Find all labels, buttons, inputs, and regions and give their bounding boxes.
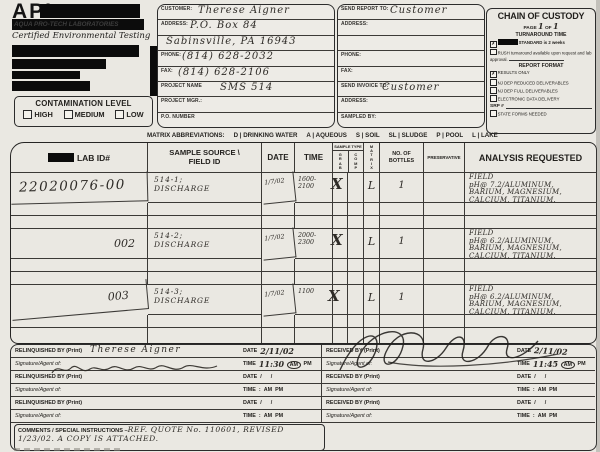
- empty-cell: [424, 216, 465, 229]
- sample-type-x-mark: X: [328, 287, 340, 305]
- cell-preservative: [424, 229, 465, 259]
- cell-bottles: 1: [380, 173, 424, 203]
- am-label: AM: [538, 387, 546, 393]
- cell-field-id: 514-1; DISCHARGE: [148, 173, 262, 203]
- header-preservative: PRESERVATIVE: [424, 143, 465, 173]
- time-value-handwritten: 11:30: [259, 359, 284, 369]
- relinquished-row: RELINQUISHED BY (Print) Therese Aigner D…: [11, 345, 321, 358]
- checkbox-nj-full: [490, 87, 497, 94]
- empty-cell: [424, 203, 465, 216]
- empty-cell: [262, 328, 295, 343]
- pm-label: PM: [275, 413, 283, 419]
- matrix-abbrev-item: L | LAKE: [472, 132, 498, 139]
- signature-agent-label: Signature/Agent of:: [11, 358, 61, 367]
- field-row-send-report: SEND REPORT TO: Customer: [338, 5, 484, 20]
- checkbox-standard: ✗: [490, 41, 497, 48]
- cell-date: 1/7/02: [261, 227, 297, 260]
- empty-cell: [465, 328, 596, 343]
- srp-label: SRP #: [490, 104, 504, 109]
- signature-agent-label: Signature/Agent of:: [11, 410, 61, 419]
- time-label: TIME: [517, 361, 530, 367]
- field-label: ADDRESS:: [341, 98, 368, 104]
- matrix-abbrev-item: A | AQUEOUS: [306, 132, 346, 139]
- received-row: RECEIVED BY (Print) DATE/ /: [322, 371, 595, 384]
- form-title: CHAIN OF CUSTODY: [490, 11, 592, 21]
- date-value-handwritten: 2/11/02: [534, 345, 568, 357]
- field-label: PHONE:: [161, 52, 181, 58]
- cell-comp: [348, 229, 364, 259]
- empty-cell: [11, 203, 148, 216]
- received-by-label: RECEIVED BY (Print): [322, 345, 380, 354]
- chain-of-custody-form: APL AQUA PRO-TECH LABORATORIES Certified…: [0, 0, 600, 452]
- contamination-title: CONTAMINATION LEVEL: [15, 99, 152, 108]
- signature-agent-label: Signature/Agent of:: [322, 410, 372, 419]
- page-number-handwritten: 1: [538, 21, 544, 31]
- empty-cell: [295, 259, 333, 272]
- field-row-phone: PHONE:: [338, 51, 484, 66]
- empty-cell: [262, 203, 295, 216]
- empty-cell: [465, 315, 596, 328]
- field-row-address: ADDRESS:: [338, 97, 484, 112]
- empty-cell: [148, 272, 262, 285]
- date-blank: / /: [260, 374, 272, 380]
- redaction-bar: [12, 81, 90, 91]
- contamination-option-medium: MEDIUM: [64, 110, 105, 119]
- cell-matrix: L: [364, 285, 380, 315]
- received-row: RECEIVED BY (Print) DATE2/11/02: [322, 345, 595, 358]
- signature-agent-label: Signature/Agent of:: [322, 384, 372, 393]
- cell-date: 1/7/02: [261, 283, 297, 316]
- field-row-address: ADDRESS:: [338, 20, 484, 35]
- option-label: ELECTRONIC DATA DELIVERY: [498, 97, 560, 102]
- am-label: AM: [264, 413, 272, 419]
- field-label: FAX:: [341, 68, 353, 74]
- cell-preservative: [424, 173, 465, 203]
- report-format-title: REPORT FORMAT: [490, 63, 592, 69]
- redaction-bar: [498, 39, 518, 45]
- field-row-customer: CUSTOMER: Therese Aigner: [158, 5, 334, 20]
- date-blank: / /: [534, 400, 546, 406]
- option-label: NJ DEP REDUCED DELIVERABLES: [498, 81, 569, 86]
- time-label: TIME: [243, 361, 256, 367]
- signature-row: Signature/Agent of: TIME11:30AMPM: [11, 358, 321, 371]
- field-row-phone: PHONE: (814) 628-2032: [158, 51, 334, 66]
- date-label: DATE: [517, 348, 531, 354]
- contamination-option-low: LOW: [115, 110, 143, 119]
- header-analysis: ANALYSIS REQUESTED: [465, 143, 596, 173]
- time-blank: :: [259, 413, 261, 419]
- empty-cell: [348, 315, 364, 328]
- date-label: DATE: [517, 400, 531, 406]
- chain-of-custody-box: CHAIN OF CUSTODY PAGE 1 OF 1 TURNAROUND …: [486, 8, 596, 134]
- field-value-handwritten: (814) 628-2106: [178, 67, 270, 78]
- empty-cell: [465, 259, 596, 272]
- empty-cell: [348, 216, 364, 229]
- received-by-label: RECEIVED BY (Print): [322, 397, 380, 406]
- relinquished-by-label: RELINQUISHED BY (Print): [11, 397, 82, 406]
- field-row-project-mgr: PROJECT MGR.:: [158, 97, 334, 112]
- cell-time: 2000- 2300: [295, 229, 333, 259]
- header-time: TIME: [295, 143, 333, 173]
- lab-tagline: Certified Environmental Testing: [12, 31, 150, 41]
- signature-row: Signature/Agent of: TIME11:45AMPM: [322, 358, 595, 371]
- empty-cell: [380, 328, 424, 343]
- time-label: TIME: [243, 413, 256, 419]
- field-row-address: ADDRESS: P.O. Box 84: [158, 20, 334, 35]
- empty-cell: [424, 259, 465, 272]
- received-column: RECEIVED BY (Print) DATE2/11/02 Signatur…: [321, 345, 595, 423]
- cell-field-id: 514-2; DISCHARGE: [148, 229, 262, 259]
- redaction-bar: [12, 45, 139, 57]
- pm-label: PM: [304, 361, 312, 367]
- matrix-abbrev-label: MATRIX ABBREVIATIONS:: [147, 132, 225, 139]
- field-row-blank: [338, 36, 484, 51]
- cell-preservative: [424, 285, 465, 315]
- time-blank: :: [259, 387, 261, 393]
- empty-cell: [380, 259, 424, 272]
- header-matrix: M A T R I X: [364, 143, 380, 173]
- sample-type-x-mark: X: [331, 175, 343, 193]
- field-label: SEND REPORT TO:: [341, 6, 389, 12]
- relinquished-row: RELINQUISHED BY (Print) DATE/ /: [11, 371, 321, 384]
- signature-row: Signature/Agent of: TIME:AMPM: [322, 384, 595, 397]
- empty-cell: [148, 216, 262, 229]
- contamination-label: MEDIUM: [75, 110, 105, 119]
- pm-label: PM: [549, 413, 557, 419]
- time-label: TIME: [243, 387, 256, 393]
- report-option-results-only: ✗RESULTS ONLY: [490, 70, 592, 78]
- field-label: ADDRESS:: [341, 21, 368, 27]
- contamination-label: LOW: [126, 110, 143, 119]
- empty-cell: [11, 315, 148, 328]
- signature-row: Signature/Agent of: TIME:AMPM: [11, 410, 321, 423]
- empty-cell: [465, 272, 596, 285]
- option-label: STATE FORMS NEEDED: [498, 112, 547, 117]
- empty-cell: [295, 203, 333, 216]
- empty-cell: [11, 216, 148, 229]
- scan-edge-shade: [596, 0, 600, 452]
- empty-cell: [295, 328, 333, 343]
- field-row-fax: FAX: (814) 628-2106: [158, 67, 334, 82]
- contamination-option-high: HIGH: [23, 110, 52, 119]
- date-label: DATE: [243, 348, 257, 354]
- checkbox-state-forms: [490, 110, 497, 117]
- checkbox-results-only: ✗: [490, 71, 497, 78]
- page-indicator: PAGE 1 OF 1: [490, 21, 592, 31]
- turnaround-rush-option: RUSH turnaround available upon request a…: [490, 49, 592, 63]
- header-comp: C O M P: [349, 151, 364, 172]
- relinquisher-name-handwritten: Therese Aigner: [90, 345, 181, 355]
- turnaround-standard-option: ✗STANDARD is 2 weeks: [490, 39, 592, 48]
- header-sample-source: SAMPLE SOURCE \ FIELD ID: [148, 143, 262, 173]
- empty-cell: [333, 216, 348, 229]
- field-label: CUSTOMER:: [161, 6, 192, 12]
- of-label: OF: [545, 26, 552, 31]
- matrix-abbrev-item: S | SOIL: [356, 132, 380, 139]
- empty-cell: [465, 216, 596, 229]
- empty-cell: [333, 328, 348, 343]
- cell-date: 1/7/02: [261, 171, 297, 204]
- field-value-handwritten: P.O. Box 84: [190, 20, 258, 31]
- relinquished-row: RELINQUISHED BY (Print) DATE/ /: [11, 397, 321, 410]
- field-row-send-invoice: SEND INVOICE TO: Customer: [338, 82, 484, 97]
- signature-row: Signature/Agent of: TIME:AMPM: [11, 384, 321, 397]
- cell-comp: [348, 173, 364, 203]
- redaction-bar: [48, 153, 74, 162]
- date-blank: / /: [534, 374, 546, 380]
- date-label: DATE: [517, 374, 531, 380]
- empty-cell: [364, 315, 380, 328]
- blank-line: [509, 56, 564, 61]
- received-by-label: RECEIVED BY (Print): [322, 371, 380, 380]
- time-label: TIME: [517, 413, 530, 419]
- empty-cell: [295, 216, 333, 229]
- checkbox-electronic: [490, 95, 497, 102]
- report-option-nj-reduced: NJ DEP REDUCED DELIVERABLES: [490, 79, 592, 86]
- relinquished-column: RELINQUISHED BY (Print) Therese Aigner D…: [11, 345, 321, 423]
- cell-lab-id: 22020076-00: [11, 171, 149, 205]
- cell-bottles: 1: [380, 229, 424, 259]
- contamination-label: HIGH: [34, 110, 52, 119]
- sample-type-label: SAMPLE TYPE: [333, 143, 363, 151]
- field-label: P.O. NUMBER: [161, 114, 195, 120]
- empty-cell: [465, 203, 596, 216]
- header-label: LAB ID#: [77, 153, 110, 163]
- option-label: STANDARD is 2 weeks: [519, 40, 565, 45]
- matrix-abbrev-item: SL | SLUDGE: [389, 132, 428, 139]
- empty-cell: [424, 328, 465, 343]
- field-row-sampled-by: SAMPLED BY:: [338, 113, 484, 127]
- header-bottles: NO. OF BOTTLES: [380, 143, 424, 173]
- empty-cell: [364, 328, 380, 343]
- empty-cell: [424, 272, 465, 285]
- empty-cell: [148, 315, 262, 328]
- lab-org-name: AQUA PRO-TECH LABORATORIES: [12, 19, 144, 30]
- empty-cell: [333, 272, 348, 285]
- matrix-abbrev-item: D | DRINKING WATER: [234, 132, 298, 139]
- empty-cell: [364, 203, 380, 216]
- cell-lab-id: 002: [11, 229, 148, 259]
- cell-analysis: FIELD pH@ 6.2/ALUMINUM, BARIUM, MAGNESIU…: [465, 285, 596, 315]
- empty-cell: [295, 272, 333, 285]
- empty-cell: [11, 259, 148, 272]
- state-forms-option: STATE FORMS NEEDED: [490, 110, 592, 117]
- empty-cell: [364, 259, 380, 272]
- empty-cell: [380, 203, 424, 216]
- empty-cell: [333, 259, 348, 272]
- checkbox-medium: [64, 110, 73, 119]
- pm-label: PM: [549, 387, 557, 393]
- relinquished-by-label: RELINQUISHED BY (Print): [11, 345, 82, 354]
- time-label: TIME: [517, 387, 530, 393]
- field-value-handwritten: Customer: [390, 5, 447, 16]
- empty-cell: [380, 216, 424, 229]
- cutoff-smudge: [14, 448, 124, 451]
- relinquished-by-label: RELINQUISHED BY (Print): [11, 371, 82, 380]
- empty-cell: [424, 315, 465, 328]
- empty-cell: [262, 315, 295, 328]
- empty-cell: [148, 259, 262, 272]
- checkbox-nj-reduced: [490, 79, 497, 86]
- comments-box: COMMENTS / SPECIAL INSTRUCTIONS – REF. Q…: [14, 424, 325, 451]
- cell-analysis: FIELD pH@ 7.2/ALUMINUM, BARIUM, MAGNESIU…: [465, 173, 596, 203]
- header-grab: G R A B: [333, 151, 349, 172]
- am-label: AM: [264, 387, 272, 393]
- empty-cell: [348, 259, 364, 272]
- field-row-project-name: PROJECT NAME SMS 514: [158, 82, 334, 97]
- am-label: AM: [538, 413, 546, 419]
- field-value-handwritten: Customer: [382, 82, 439, 93]
- field-value-handwritten: SMS 514: [220, 82, 273, 93]
- redaction-bar: [40, 4, 140, 18]
- field-row-fax: FAX:: [338, 67, 484, 82]
- report-option-nj-full: NJ DEP FULL DELIVERABLES: [490, 87, 592, 94]
- empty-cell: [348, 328, 364, 343]
- page-total-handwritten: 1: [553, 21, 559, 31]
- field-label: SAMPLED BY:: [341, 114, 376, 120]
- sample-type-x-mark: X: [331, 231, 343, 249]
- cell-comp: [348, 285, 364, 315]
- sample-table: LAB ID# SAMPLE SOURCE \ FIELD ID DATE TI…: [10, 142, 597, 344]
- signature-agent-label: Signature/Agent of:: [322, 358, 372, 367]
- field-label: FAX:: [161, 68, 173, 74]
- empty-cell: [380, 315, 424, 328]
- empty-cell: [333, 203, 348, 216]
- date-value-handwritten: 2/11/02: [260, 346, 294, 356]
- header-lab-id: LAB ID#: [11, 143, 148, 173]
- empty-cell: [380, 272, 424, 285]
- report-option-electronic: ELECTRONIC DATA DELIVERY: [490, 95, 592, 102]
- empty-cell: [148, 328, 262, 343]
- cell-field-id: 514-3; DISCHARGE: [148, 285, 262, 315]
- matrix-abbreviations: MATRIX ABBREVIATIONS: D | DRINKING WATER…: [147, 132, 597, 139]
- checkbox-low: [115, 110, 124, 119]
- pm-label: PM: [275, 387, 283, 393]
- date-blank: / /: [260, 400, 272, 406]
- header-sample-type: SAMPLE TYPE G R A B C O M P: [333, 143, 364, 173]
- option-label: NJ DEP FULL DELIVERABLES: [498, 89, 558, 94]
- empty-cell: [348, 272, 364, 285]
- empty-cell: [262, 259, 295, 272]
- send-to-box: SEND REPORT TO: Customer ADDRESS: PHONE:…: [337, 4, 485, 128]
- signature-section: RELINQUISHED BY (Print) Therese Aigner D…: [10, 344, 597, 451]
- signature-agent-label: Signature/Agent of:: [11, 384, 61, 393]
- field-label: PROJECT NAME: [161, 83, 202, 89]
- cell-analysis: FIELD pH@ 6.2/ALUMINUM, BARIUM, MAGNESIU…: [465, 229, 596, 259]
- field-label: PHONE:: [341, 52, 361, 58]
- empty-cell: [295, 315, 333, 328]
- field-value-handwritten: (814) 628-2032: [182, 51, 274, 62]
- blank-line: [506, 103, 592, 109]
- am-label: AM: [287, 361, 300, 369]
- srp-number-line: SRP #: [490, 103, 592, 109]
- matrix-abbrev-item: P | POOL: [436, 132, 463, 139]
- checkbox-rush: [490, 49, 497, 56]
- empty-cell: [148, 203, 262, 216]
- empty-cell: [11, 328, 148, 343]
- field-label: PROJECT MGR.:: [161, 98, 202, 104]
- field-value-handwritten: Therese Aigner: [198, 5, 290, 16]
- checkbox-high: [23, 110, 32, 119]
- page-label: PAGE: [523, 26, 536, 31]
- cell-matrix: L: [364, 229, 380, 259]
- time-blank: :: [533, 387, 535, 393]
- header-date: DATE: [262, 143, 295, 173]
- pm-label: PM: [578, 361, 586, 367]
- empty-cell: [364, 216, 380, 229]
- received-row: RECEIVED BY (Print) DATE/ /: [322, 397, 595, 410]
- am-label: AM: [561, 361, 574, 369]
- empty-cell: [348, 203, 364, 216]
- redaction-bar: [12, 59, 106, 69]
- option-label: RESULTS ONLY: [498, 70, 530, 75]
- field-row-po-number: P.O. NUMBER: [158, 113, 334, 127]
- cell-matrix: L: [364, 173, 380, 203]
- time-blank: :: [533, 413, 535, 419]
- redaction-bar: [12, 71, 80, 79]
- date-label: DATE: [243, 374, 257, 380]
- cell-bottles: 1: [380, 285, 424, 315]
- contamination-level-box: CONTAMINATION LEVEL HIGH MEDIUM LOW: [14, 96, 153, 127]
- field-row-address2: Sabinsville, PA 16943: [158, 36, 334, 51]
- signature-row: Signature/Agent of: TIME:AMPM: [322, 410, 595, 423]
- cell-time: 1600- 2100: [295, 173, 333, 203]
- time-value-handwritten: 11:45: [533, 359, 558, 369]
- empty-cell: [333, 315, 348, 328]
- empty-cell: [364, 272, 380, 285]
- field-label: ADDRESS:: [161, 21, 188, 27]
- date-label: DATE: [243, 400, 257, 406]
- customer-info-box: CUSTOMER: Therese Aigner ADDRESS: P.O. B…: [157, 4, 335, 128]
- turnaround-title: TURNAROUND TIME: [490, 32, 592, 38]
- field-value-handwritten: Sabinsville, PA 16943: [166, 36, 297, 47]
